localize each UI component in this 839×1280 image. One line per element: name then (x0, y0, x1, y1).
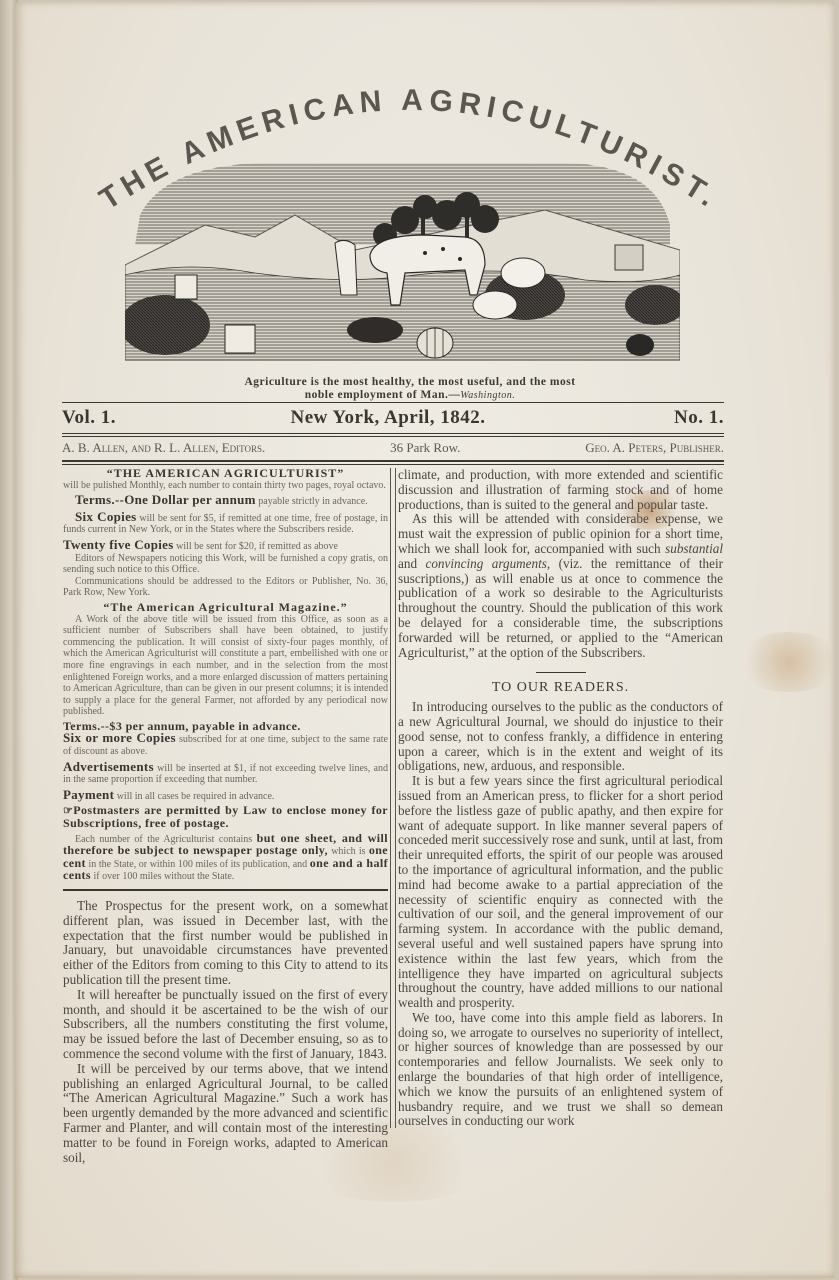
paragraph: The Prospectus for the present work, on … (63, 899, 388, 988)
postmasters-notice: Postmasters are permitted by Law to encl… (63, 803, 388, 830)
office-address: 36 Park Row. (390, 440, 460, 456)
rule (62, 433, 724, 434)
motto-line: noble employment of Man.—Washington. (60, 389, 760, 402)
prospectus-box: “THE AMERICAN AGRICULTURIST” will be pul… (63, 468, 388, 883)
rule (62, 460, 724, 462)
postage-text: if over 100 miles without the State. (94, 871, 235, 882)
motto-line: Agriculture is the most healthy, the mos… (60, 376, 760, 389)
issue-number: No. 1. (624, 407, 724, 429)
prospectus-intro: will be pulished Monthly, each number to… (63, 480, 388, 492)
foxing-stain (734, 632, 839, 692)
paragraph: As this will be attended with considerab… (398, 512, 723, 660)
motto-attribution: Washington. (460, 390, 515, 401)
rule (63, 889, 388, 891)
volume-label: Vol. 1. (62, 407, 212, 429)
issue-line: Vol. 1. New York, April, 1842. No. 1. (62, 404, 724, 432)
payment-label: Payment (63, 787, 114, 802)
paragraph: In introducing ourselves to the public a… (398, 700, 723, 774)
section-rule (536, 672, 586, 673)
paragraph: It will hereafter be punctually issued o… (63, 988, 388, 1062)
terms-label: Terms.--One Dollar per annum (75, 492, 256, 507)
payment-text: will in all cases be required in advance… (117, 791, 275, 802)
rule (62, 436, 724, 437)
magazine-text: A Work of the above title will be issued… (63, 614, 388, 718)
emphasis: substantial (665, 541, 723, 556)
editors-note: Editors of Newspapers noticing this Work… (63, 553, 388, 576)
communications-note: Communications should be addressed to th… (63, 576, 388, 599)
editors-credit: A. B. Allen, and R. L. Allen, Editors. (62, 440, 265, 456)
rule (62, 464, 724, 465)
masthead-motto: Agriculture is the most healthy, the mos… (60, 376, 760, 402)
twentyfive-copies-label: Twenty five Copies (63, 537, 174, 552)
six-copies-label: Six Copies (75, 509, 137, 524)
paragraph: It will be perceived by our terms above,… (63, 1062, 388, 1166)
publisher-credit: Geo. A. Peters, Publisher. (585, 440, 724, 456)
postage-text: in the State, or within 100 miles of its… (89, 859, 308, 870)
advertisements-label: Advertisements (63, 759, 154, 774)
rule (62, 402, 724, 403)
paragraph: It is but a few years since the first ag… (398, 774, 723, 1011)
magazine-heading: “The American Agricultural Magazine.” (63, 602, 388, 614)
paragraph: We too, have come into this ample field … (398, 1011, 723, 1129)
farm-scene-engraving (125, 155, 680, 375)
six-more-label: Six or more Copies (63, 730, 176, 745)
left-column: “THE AMERICAN AGRICULTURIST” will be pul… (63, 468, 388, 1165)
twentyfive-copies-text: will be sent for $20, if remitted as abo… (176, 541, 338, 552)
terms-text: payable strictly in advance. (258, 496, 367, 507)
right-column: climate, and production, with more exten… (398, 468, 723, 1129)
dateline: New York, April, 1842. (212, 407, 624, 429)
credits-line: A. B. Allen, and R. L. Allen, Editors. 3… (62, 438, 724, 458)
emphasis: convincing arguments, (425, 556, 550, 571)
prospectus-heading: “THE AMERICAN AGRICULTURIST” (63, 468, 388, 480)
paragraph: climate, and production, with more exten… (398, 468, 723, 512)
column-divider (390, 468, 396, 1128)
section-heading: TO OUR READERS. (398, 681, 723, 696)
right-body-text: climate, and production, with more exten… (398, 468, 723, 1129)
left-body-text: The Prospectus for the present work, on … (63, 899, 388, 1165)
masthead: THE AMERICAN AGRICULTURIST. (60, 60, 760, 380)
